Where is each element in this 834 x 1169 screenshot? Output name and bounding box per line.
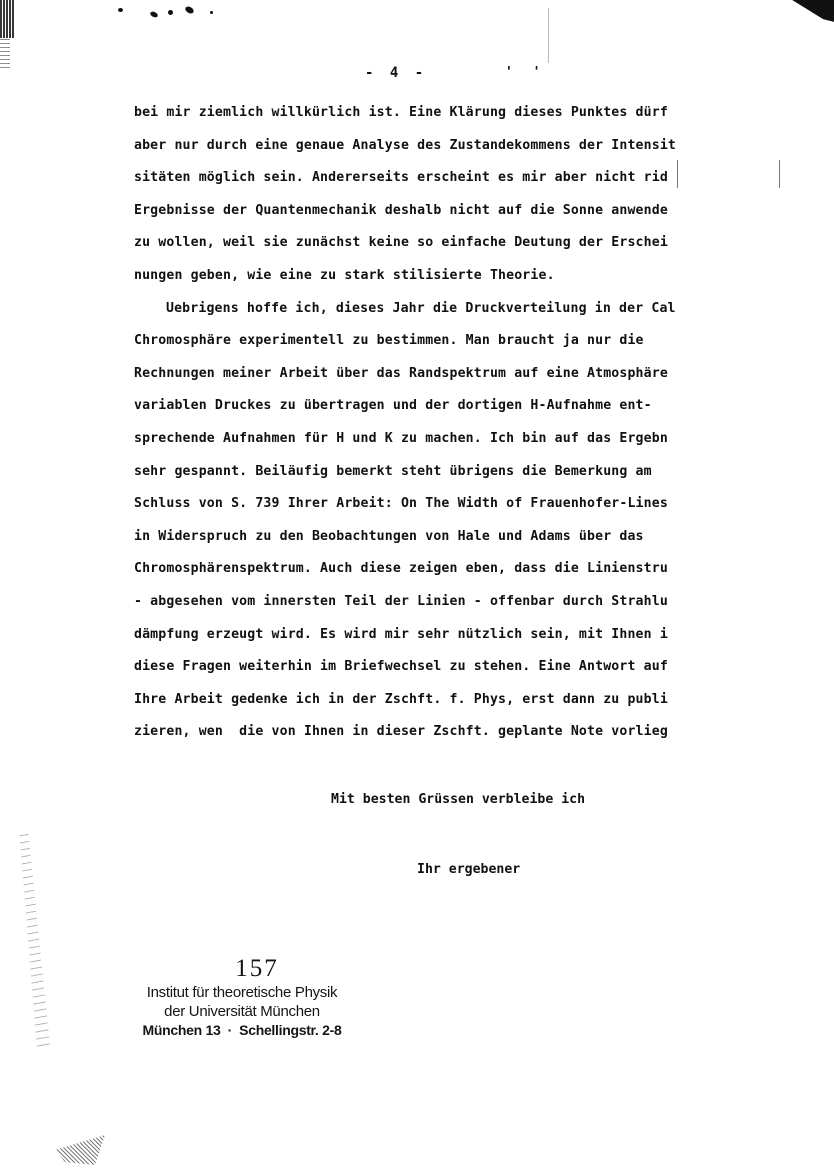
scan-blot [210, 11, 213, 14]
body-line: aber nur durch eine genaue Analyse des Z… [134, 130, 834, 163]
scan-blot [118, 8, 123, 12]
scan-smudge-top-left [0, 0, 14, 38]
body-line: Chromosphäre experimentell zu bestimmen.… [134, 325, 834, 358]
body-line: Ergebnisse der Quantenmechanik deshalb n… [134, 195, 834, 228]
scan-smudge-bottom-left [55, 1135, 105, 1165]
scan-edge-top-right [764, 0, 834, 22]
page-number: - 4 - [365, 65, 427, 81]
stamp-university: der Universität München [122, 1002, 362, 1021]
body-line: in Widerspruch zu den Beobachtungen von … [134, 521, 834, 554]
body-line: bei mir ziemlich willkürlich ist. Eine K… [134, 97, 834, 130]
body-line: dämpfung erzeugt wird. Es wird mir sehr … [134, 619, 834, 652]
body-line-paragraph-start: Uebrigens hoffe ich, dieses Jahr die Dru… [134, 293, 834, 326]
scan-blot [184, 5, 195, 15]
body-line: Ihre Arbeit gedenke ich in der Zschft. f… [134, 684, 834, 717]
letter-closing: Mit besten Grüssen verbleibe ich [331, 792, 585, 807]
scan-noise-top-left [0, 38, 10, 68]
body-line: sprechende Aufnahmen für H und K zu mach… [134, 423, 834, 456]
body-line: variablen Druckes zu übertragen und der … [134, 390, 834, 423]
body-line: diese Fragen weiterhin im Briefwechsel z… [134, 651, 834, 684]
archive-number: 157 [122, 955, 362, 983]
body-line: nungen geben, wie eine zu stark stilisie… [134, 260, 834, 293]
letter-signoff: Ihr ergebener [417, 862, 520, 877]
body-line: zieren, wen die von Ihnen in dieser Zsch… [134, 716, 834, 749]
scan-scratch-line [548, 8, 549, 63]
institute-stamp: 157 Institut für theoretische Physik der… [122, 955, 362, 1040]
scan-blot [149, 11, 158, 19]
body-line: zu wollen, weil sie zunächst keine so ei… [134, 227, 834, 260]
body-line: Schluss von S. 739 Ihrer Arbeit: On The … [134, 488, 834, 521]
scan-blot [168, 10, 173, 15]
body-line: Chromosphärenspektrum. Auch diese zeigen… [134, 553, 834, 586]
stamp-address: München 13 · Schellingstr. 2-8 [122, 1021, 362, 1040]
letter-body: bei mir ziemlich willkürlich ist. Eine K… [134, 97, 834, 749]
page-marks: ' ' [505, 65, 546, 80]
scanned-letter-page: - 4 - ' ' bei mir ziemlich willkürlich i… [0, 0, 834, 1169]
body-line: sitäten möglich sein. Andererseits ersch… [134, 162, 834, 195]
stamp-institute-name: Institut für theoretische Physik [122, 983, 362, 1002]
body-line: Rechnungen meiner Arbeit über das Randsp… [134, 358, 834, 391]
scan-noise-left-edge [10, 830, 55, 1050]
body-line: sehr gespannt. Beiläufig bemerkt steht ü… [134, 456, 834, 489]
body-line: - abgesehen vom innersten Teil der Linie… [134, 586, 834, 619]
